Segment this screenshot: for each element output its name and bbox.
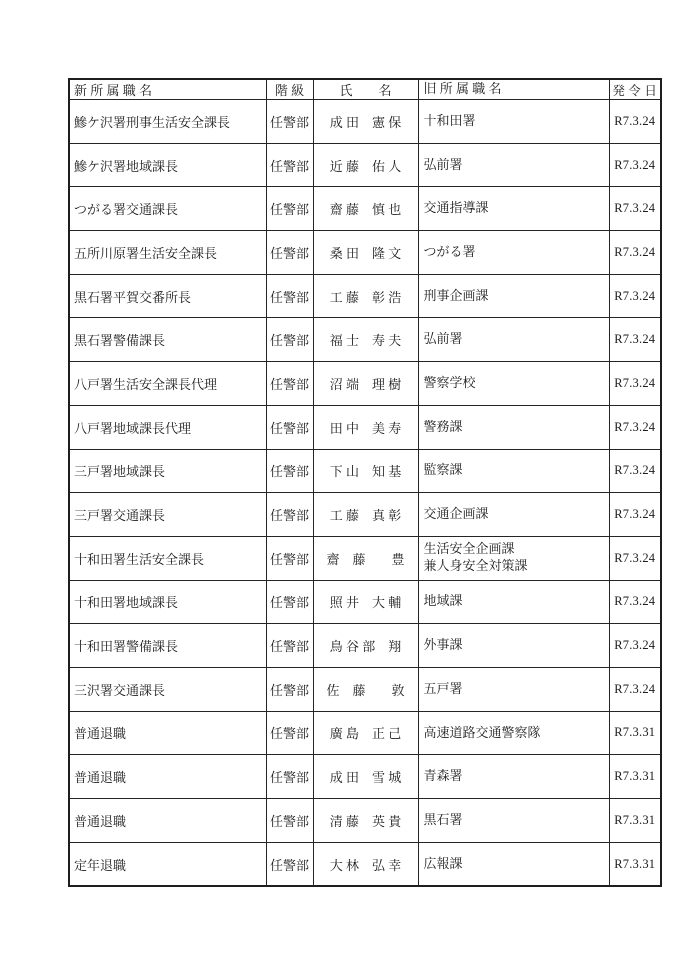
cell-name: 齋 藤 豊 xyxy=(313,536,418,580)
cell-rank: 任警部 xyxy=(266,100,313,144)
cell-date: R7.3.24 xyxy=(609,318,661,362)
cell-date: R7.3.24 xyxy=(609,624,661,668)
cell-old-position: 地域課 xyxy=(418,580,609,624)
cell-old-position: 高速道路交通警察隊 xyxy=(418,711,609,755)
cell-new-position: 十和田署生活安全課長 xyxy=(69,536,266,580)
cell-old-position: 外事課 xyxy=(418,624,609,668)
cell-old-position: 交通指導課 xyxy=(418,187,609,231)
cell-old-position: 生活安全企画課 兼人身安全対策課 xyxy=(418,536,609,580)
table-row: 五所川原署生活安全課長任警部桑 田 隆 文つがる署R7.3.24 xyxy=(69,231,661,275)
cell-name: 下 山 知 基 xyxy=(313,449,418,493)
header-rank: 階 級 xyxy=(266,79,313,100)
cell-new-position: 五所川原署生活安全課長 xyxy=(69,231,266,275)
cell-name: 工 藤 彰 浩 xyxy=(313,274,418,318)
cell-rank: 任警部 xyxy=(266,536,313,580)
cell-rank: 任警部 xyxy=(266,624,313,668)
cell-new-position: 三戸署地域課長 xyxy=(69,449,266,493)
cell-name: 大 林 弘 幸 xyxy=(313,842,418,886)
cell-old-position: 監察課 xyxy=(418,449,609,493)
cell-old-position: 青森署 xyxy=(418,755,609,799)
cell-new-position: 黒石署警備課長 xyxy=(69,318,266,362)
cell-rank: 任警部 xyxy=(266,318,313,362)
cell-rank: 任警部 xyxy=(266,799,313,843)
cell-name: 清 藤 英 貴 xyxy=(313,799,418,843)
table-row: 普通退職任警部廣 島 正 己高速道路交通警察隊R7.3.31 xyxy=(69,711,661,755)
cell-name: 近 藤 佑 人 xyxy=(313,143,418,187)
cell-old-position: 警察学校 xyxy=(418,362,609,406)
table-row: 八戸署生活安全課長代理任警部沼 端 理 樹警察学校R7.3.24 xyxy=(69,362,661,406)
cell-name: 桑 田 隆 文 xyxy=(313,231,418,275)
table-row: 普通退職任警部成 田 雪 城青森署R7.3.31 xyxy=(69,755,661,799)
cell-new-position: 普通退職 xyxy=(69,799,266,843)
header-old-position: 旧 所 属 職 名 xyxy=(418,79,609,100)
cell-date: R7.3.24 xyxy=(609,143,661,187)
cell-new-position: 普通退職 xyxy=(69,711,266,755)
cell-rank: 任警部 xyxy=(266,405,313,449)
cell-rank: 任警部 xyxy=(266,362,313,406)
cell-date: R7.3.24 xyxy=(609,580,661,624)
table-row: 定年退職任警部大 林 弘 幸広報課R7.3.31 xyxy=(69,842,661,886)
cell-new-position: 鰺ケ沢署刑事生活安全課長 xyxy=(69,100,266,144)
cell-new-position: 鰺ケ沢署地域課長 xyxy=(69,143,266,187)
cell-name: 田 中 美 寿 xyxy=(313,405,418,449)
table-row: 三沢署交通課長任警部佐 藤 敦五戸署R7.3.24 xyxy=(69,667,661,711)
cell-date: R7.3.24 xyxy=(609,231,661,275)
cell-old-position: 十和田署 xyxy=(418,100,609,144)
cell-name: 照 井 大 輔 xyxy=(313,580,418,624)
cell-date: R7.3.24 xyxy=(609,100,661,144)
table-row: 黒石署警備課長任警部福 士 寿 夫弘前署R7.3.24 xyxy=(69,318,661,362)
cell-rank: 任警部 xyxy=(266,449,313,493)
document-page: 新 所 属 職 名階 級氏 名旧 所 属 職 名発 令 日 鰺ケ沢署刑事生活安全… xyxy=(0,0,680,961)
cell-date: R7.3.31 xyxy=(609,799,661,843)
cell-new-position: つがる署交通課長 xyxy=(69,187,266,231)
cell-new-position: 普通退職 xyxy=(69,755,266,799)
cell-new-position: 定年退職 xyxy=(69,842,266,886)
table-row: 黒石署平賀交番所長任警部工 藤 彰 浩刑事企画課R7.3.24 xyxy=(69,274,661,318)
cell-old-position: つがる署 xyxy=(418,231,609,275)
cell-name: 工 藤 真 彰 xyxy=(313,493,418,537)
cell-rank: 任警部 xyxy=(266,274,313,318)
cell-name: 成 田 憲 保 xyxy=(313,100,418,144)
cell-rank: 任警部 xyxy=(266,842,313,886)
cell-rank: 任警部 xyxy=(266,580,313,624)
cell-rank: 任警部 xyxy=(266,493,313,537)
cell-name: 成 田 雪 城 xyxy=(313,755,418,799)
cell-old-position: 刑事企画課 xyxy=(418,274,609,318)
cell-name: 福 士 寿 夫 xyxy=(313,318,418,362)
cell-name: 沼 端 理 樹 xyxy=(313,362,418,406)
cell-date: R7.3.24 xyxy=(609,362,661,406)
cell-rank: 任警部 xyxy=(266,667,313,711)
cell-date: R7.3.24 xyxy=(609,274,661,318)
cell-old-position: 広報課 xyxy=(418,842,609,886)
personnel-table: 新 所 属 職 名階 級氏 名旧 所 属 職 名発 令 日 鰺ケ沢署刑事生活安全… xyxy=(68,78,662,887)
cell-name: 齋 藤 慎 也 xyxy=(313,187,418,231)
cell-new-position: 十和田署警備課長 xyxy=(69,624,266,668)
cell-rank: 任警部 xyxy=(266,711,313,755)
cell-old-position: 弘前署 xyxy=(418,318,609,362)
cell-rank: 任警部 xyxy=(266,187,313,231)
table-row: 鰺ケ沢署地域課長任警部近 藤 佑 人弘前署R7.3.24 xyxy=(69,143,661,187)
table-row: 十和田署地域課長任警部照 井 大 輔地域課R7.3.24 xyxy=(69,580,661,624)
cell-new-position: 十和田署地域課長 xyxy=(69,580,266,624)
cell-name: 鳥 谷 部 翔 xyxy=(313,624,418,668)
table-row: 三戸署地域課長任警部下 山 知 基監察課R7.3.24 xyxy=(69,449,661,493)
cell-old-position: 警務課 xyxy=(418,405,609,449)
cell-new-position: 三戸署交通課長 xyxy=(69,493,266,537)
cell-old-position: 交通企画課 xyxy=(418,493,609,537)
table-row: 三戸署交通課長任警部工 藤 真 彰交通企画課R7.3.24 xyxy=(69,493,661,537)
table-row: 鰺ケ沢署刑事生活安全課長任警部成 田 憲 保十和田署R7.3.24 xyxy=(69,100,661,144)
table-header: 新 所 属 職 名階 級氏 名旧 所 属 職 名発 令 日 xyxy=(69,79,661,100)
cell-old-position: 弘前署 xyxy=(418,143,609,187)
cell-date: R7.3.31 xyxy=(609,842,661,886)
cell-name: 廣 島 正 己 xyxy=(313,711,418,755)
cell-date: R7.3.24 xyxy=(609,449,661,493)
table-row: 十和田署生活安全課長任警部齋 藤 豊生活安全企画課 兼人身安全対策課R7.3.2… xyxy=(69,536,661,580)
table-row: 十和田署警備課長任警部鳥 谷 部 翔外事課R7.3.24 xyxy=(69,624,661,668)
header-new-position: 新 所 属 職 名 xyxy=(69,79,266,100)
table-row: 八戸署地域課長代理任警部田 中 美 寿警務課R7.3.24 xyxy=(69,405,661,449)
cell-date: R7.3.31 xyxy=(609,711,661,755)
cell-new-position: 黒石署平賀交番所長 xyxy=(69,274,266,318)
cell-date: R7.3.24 xyxy=(609,536,661,580)
cell-date: R7.3.24 xyxy=(609,187,661,231)
cell-rank: 任警部 xyxy=(266,755,313,799)
header-date: 発 令 日 xyxy=(609,79,661,100)
header-name: 氏 名 xyxy=(313,79,418,100)
table-row: つがる署交通課長任警部齋 藤 慎 也交通指導課R7.3.24 xyxy=(69,187,661,231)
cell-old-position: 黒石署 xyxy=(418,799,609,843)
cell-old-position: 五戸署 xyxy=(418,667,609,711)
table-row: 普通退職任警部清 藤 英 貴黒石署R7.3.31 xyxy=(69,799,661,843)
cell-date: R7.3.24 xyxy=(609,667,661,711)
cell-date: R7.3.31 xyxy=(609,755,661,799)
cell-date: R7.3.24 xyxy=(609,405,661,449)
cell-new-position: 八戸署地域課長代理 xyxy=(69,405,266,449)
cell-date: R7.3.24 xyxy=(609,493,661,537)
cell-new-position: 三沢署交通課長 xyxy=(69,667,266,711)
cell-new-position: 八戸署生活安全課長代理 xyxy=(69,362,266,406)
header-row: 新 所 属 職 名階 級氏 名旧 所 属 職 名発 令 日 xyxy=(69,79,661,100)
cell-rank: 任警部 xyxy=(266,231,313,275)
table-body: 鰺ケ沢署刑事生活安全課長任警部成 田 憲 保十和田署R7.3.24鰺ケ沢署地域課… xyxy=(69,100,661,887)
cell-rank: 任警部 xyxy=(266,143,313,187)
cell-name: 佐 藤 敦 xyxy=(313,667,418,711)
